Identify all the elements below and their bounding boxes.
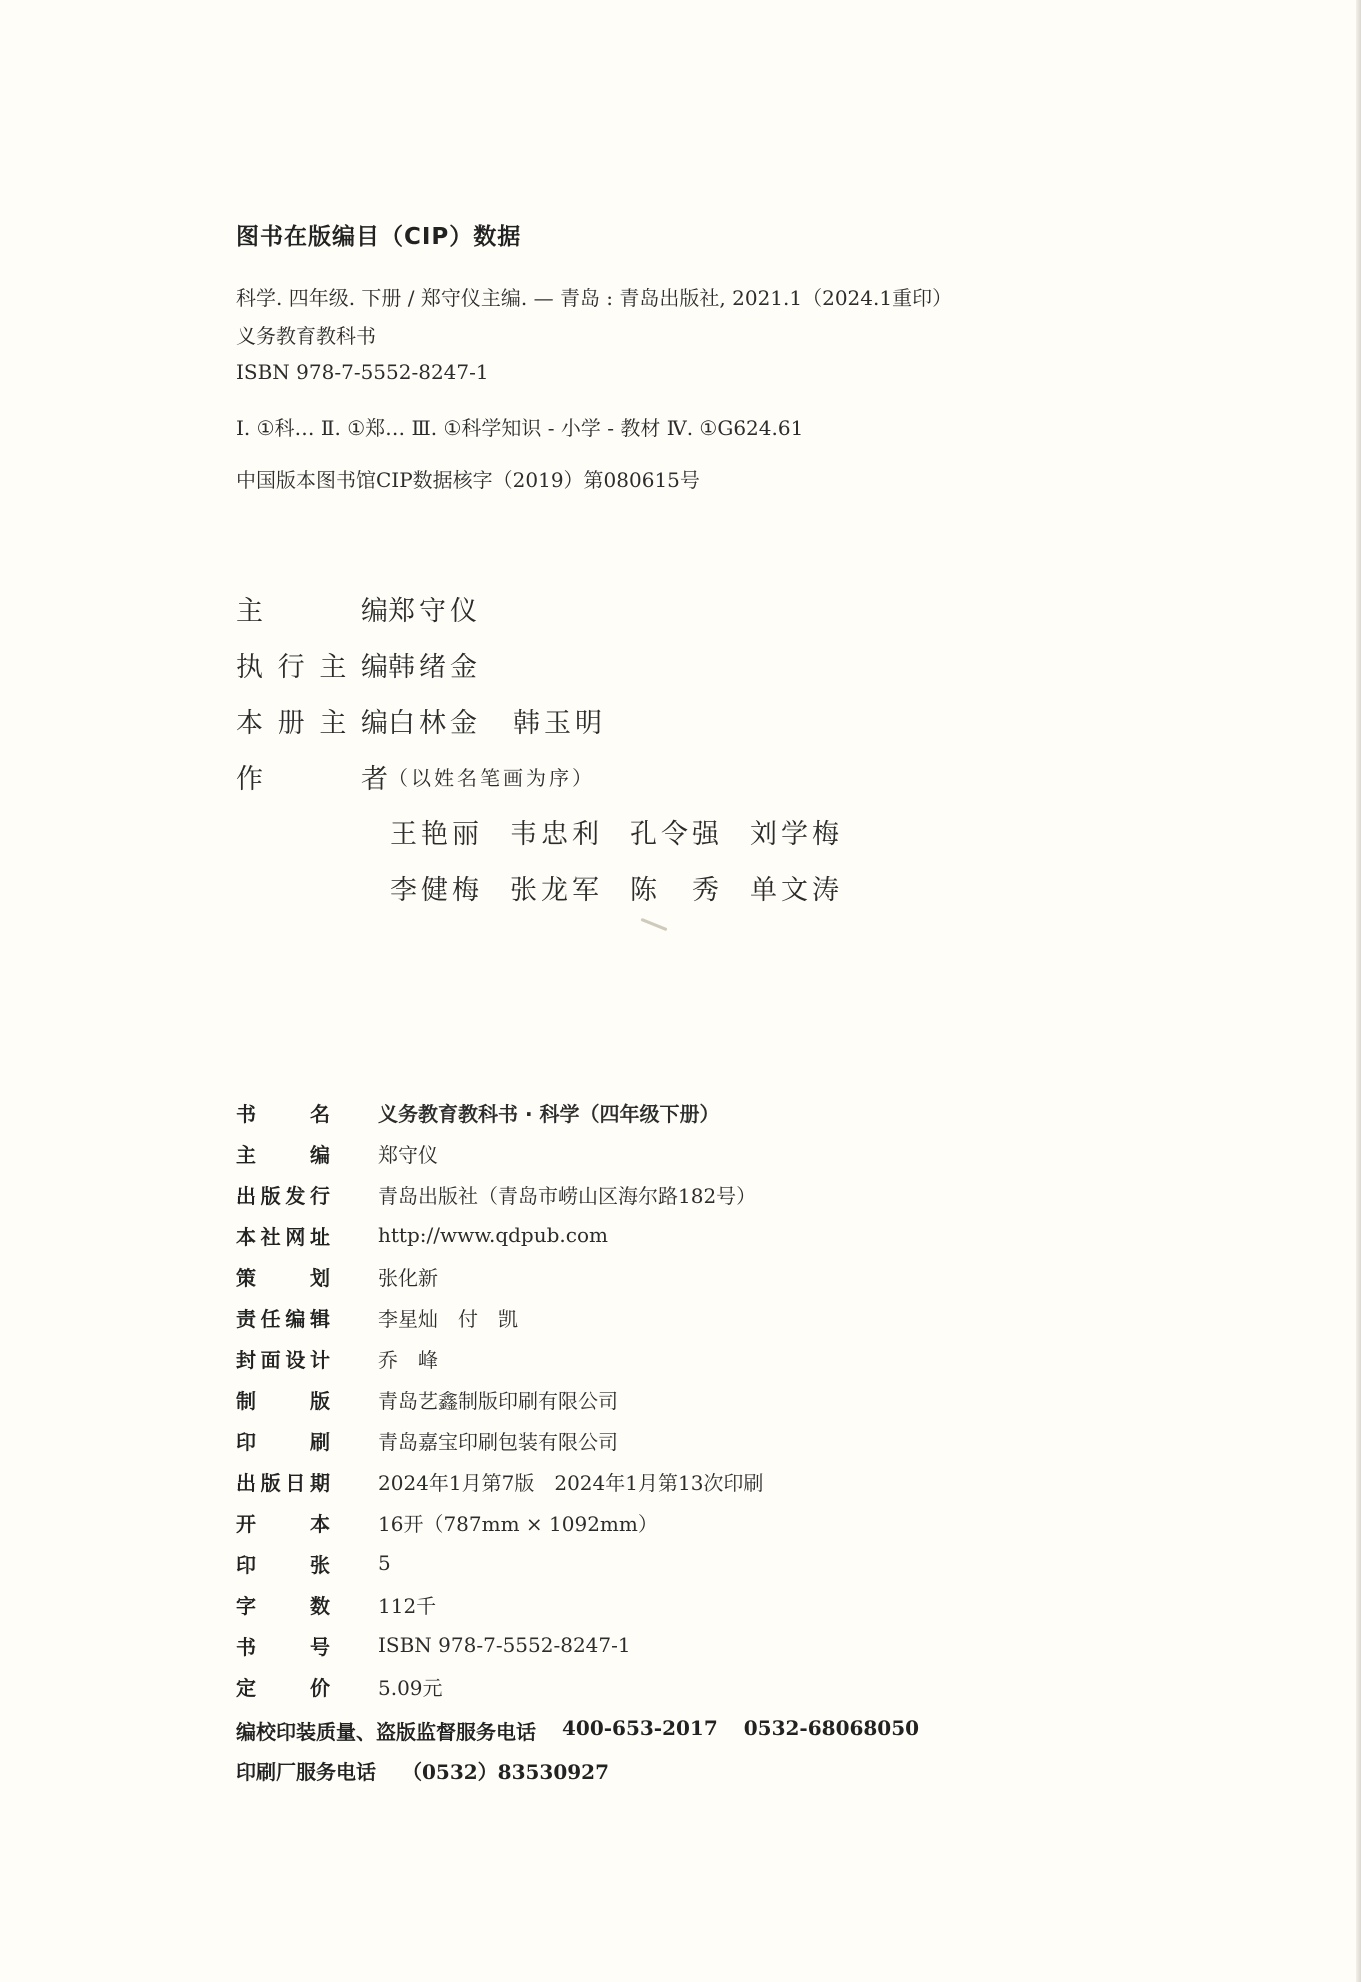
- editor-label: 执 行 主 编: [236, 645, 388, 684]
- authors-row-2: 李健梅 张龙军 陈 秀 单文涛: [390, 868, 870, 907]
- colophon-value: 16开（787mm × 1092mm）: [378, 1508, 658, 1537]
- colophon-row-title: 书名 义务教育教科书 · 科学（四年级下册）: [236, 1096, 720, 1128]
- page-scan-edge: [1356, 0, 1361, 1982]
- colophon-row-plate-making: 制版 青岛艺鑫制版印刷有限公司: [236, 1383, 618, 1415]
- colophon-value: ISBN 978-7-5552-8247-1: [378, 1633, 631, 1657]
- publisher-website-link: http://www.qdpub.com: [378, 1223, 608, 1247]
- printer-service-hotline: 印刷厂服务电话 （0532）83530927: [236, 1756, 609, 1785]
- colophon-row-word-count: 字数 112千: [236, 1588, 436, 1620]
- colophon-row-format: 开本 16开（787mm × 1092mm）: [236, 1506, 658, 1538]
- editor-value: 郑守仪: [388, 589, 481, 628]
- colophon-label: 印张: [236, 1549, 330, 1578]
- cip-isbn-line: ISBN 978-7-5552-8247-1: [236, 360, 489, 384]
- author-name: 张龙军: [510, 868, 630, 907]
- author-name: 李健梅: [390, 868, 510, 907]
- colophon-value: 李星灿 付 凯: [378, 1303, 518, 1332]
- author-name: 刘学梅: [750, 812, 870, 851]
- colophon-value: 2024年1月第7版 2024年1月第13次印刷: [378, 1467, 763, 1496]
- printer-phone: （0532）83530927: [402, 1756, 609, 1785]
- colophon-value: 乔 峰: [378, 1344, 438, 1373]
- editor-label: 本 册 主 编: [236, 701, 388, 740]
- colophon-row-sheets: 印张 5: [236, 1547, 391, 1579]
- colophon-row-responsible-editor: 责任编辑 李星灿 付 凯: [236, 1301, 518, 1333]
- editor-value: 白林金 韩玉明: [388, 701, 606, 740]
- cip-verification-line: 中国版本图书馆CIP数据核字（2019）第080615号: [236, 464, 700, 493]
- colophon-label: 制版: [236, 1385, 330, 1414]
- quality-phone-2: 0532-68068050: [744, 1716, 919, 1745]
- editor-row-authors: 作 者 （以姓名笔画为序）: [236, 756, 595, 796]
- colophon-value: 112千: [378, 1590, 436, 1619]
- cip-classification-line: Ⅰ. ①科… Ⅱ. ①郑… Ⅲ. ①科学知识 - 小学 - 教材 Ⅳ. ①G62…: [236, 412, 803, 441]
- cip-title: 图书在版编目（CIP）数据: [236, 218, 521, 251]
- authors-order-note: （以姓名笔画为序）: [388, 762, 595, 791]
- colophon-row-chief-editor: 主编 郑守仪: [236, 1137, 438, 1169]
- colophon-label: 印刷: [236, 1426, 330, 1455]
- colophon-label: 书名: [236, 1098, 330, 1127]
- quality-service-label: 编校印装质量、盗版监督服务电话: [236, 1716, 536, 1745]
- colophon-label: 出版发行: [236, 1180, 330, 1209]
- colophon-label: 主编: [236, 1139, 330, 1168]
- colophon-row-publisher: 出版发行 青岛出版社（青岛市崂山区海尔路182号）: [236, 1178, 756, 1210]
- colophon-row-cover-design: 封面设计 乔 峰: [236, 1342, 438, 1374]
- colophon-value: 郑守仪: [378, 1139, 438, 1168]
- colophon-label: 出版日期: [236, 1467, 330, 1496]
- editor-label: 作 者: [236, 757, 388, 796]
- quality-phone-1: 400-653-2017: [562, 1716, 718, 1745]
- colophon-label: 责任编辑: [236, 1303, 330, 1332]
- colophon-value: 青岛嘉宝印刷包装有限公司: [378, 1426, 618, 1455]
- colophon-row-isbn: 书号 ISBN 978-7-5552-8247-1: [236, 1629, 631, 1661]
- colophon-label: 定价: [236, 1672, 330, 1701]
- colophon-row-price: 定价 5.09元: [236, 1670, 443, 1702]
- editor-label: 主 编: [236, 589, 388, 628]
- quality-service-hotline: 编校印装质量、盗版监督服务电话 400-653-2017 0532-680680…: [236, 1716, 919, 1745]
- colophon-value: 青岛出版社（青岛市崂山区海尔路182号）: [378, 1180, 756, 1209]
- editor-row-chief: 主 编 郑守仪: [236, 588, 481, 628]
- cip-series-line: 义务教育教科书: [236, 320, 376, 349]
- colophon-value: 张化新: [378, 1262, 438, 1291]
- colophon-value: 5.09元: [378, 1672, 443, 1701]
- author-name: 孔令强: [630, 812, 750, 851]
- editor-row-executive: 执 行 主 编 韩绪金: [236, 644, 481, 684]
- colophon-label: 封面设计: [236, 1344, 330, 1373]
- authors-row-1: 王艳丽 韦忠利 孔令强 刘学梅: [390, 812, 870, 851]
- author-name: 陈 秀: [630, 868, 750, 907]
- scan-artifact-mark: [640, 918, 667, 931]
- colophon-label: 本社网址: [236, 1221, 330, 1250]
- author-name: 韦忠利: [510, 812, 630, 851]
- editor-value: 韩绪金: [388, 645, 481, 684]
- colophon-row-planner: 策划 张化新: [236, 1260, 438, 1292]
- editor-row-volume: 本 册 主 编 白林金 韩玉明: [236, 700, 606, 740]
- colophon-row-website: 本社网址 http://www.qdpub.com: [236, 1219, 608, 1251]
- colophon-value: 5: [378, 1551, 391, 1575]
- author-name: 王艳丽: [390, 812, 510, 851]
- colophon-value: 义务教育教科书 · 科学（四年级下册）: [378, 1098, 720, 1127]
- cip-bibliographic-line: 科学. 四年级. 下册 / 郑守仪主编. — 青岛 : 青岛出版社, 2021.…: [236, 282, 952, 311]
- printer-service-label: 印刷厂服务电话: [236, 1756, 376, 1785]
- colophon-label: 书号: [236, 1631, 330, 1660]
- colophon-row-publish-date: 出版日期 2024年1月第7版 2024年1月第13次印刷: [236, 1465, 763, 1497]
- colophon-label: 字数: [236, 1590, 330, 1619]
- author-name: 单文涛: [750, 868, 870, 907]
- colophon-row-printing: 印刷 青岛嘉宝印刷包装有限公司: [236, 1424, 618, 1456]
- colophon-label: 策划: [236, 1262, 330, 1291]
- colophon-label: 开本: [236, 1508, 330, 1537]
- colophon-value: 青岛艺鑫制版印刷有限公司: [378, 1385, 618, 1414]
